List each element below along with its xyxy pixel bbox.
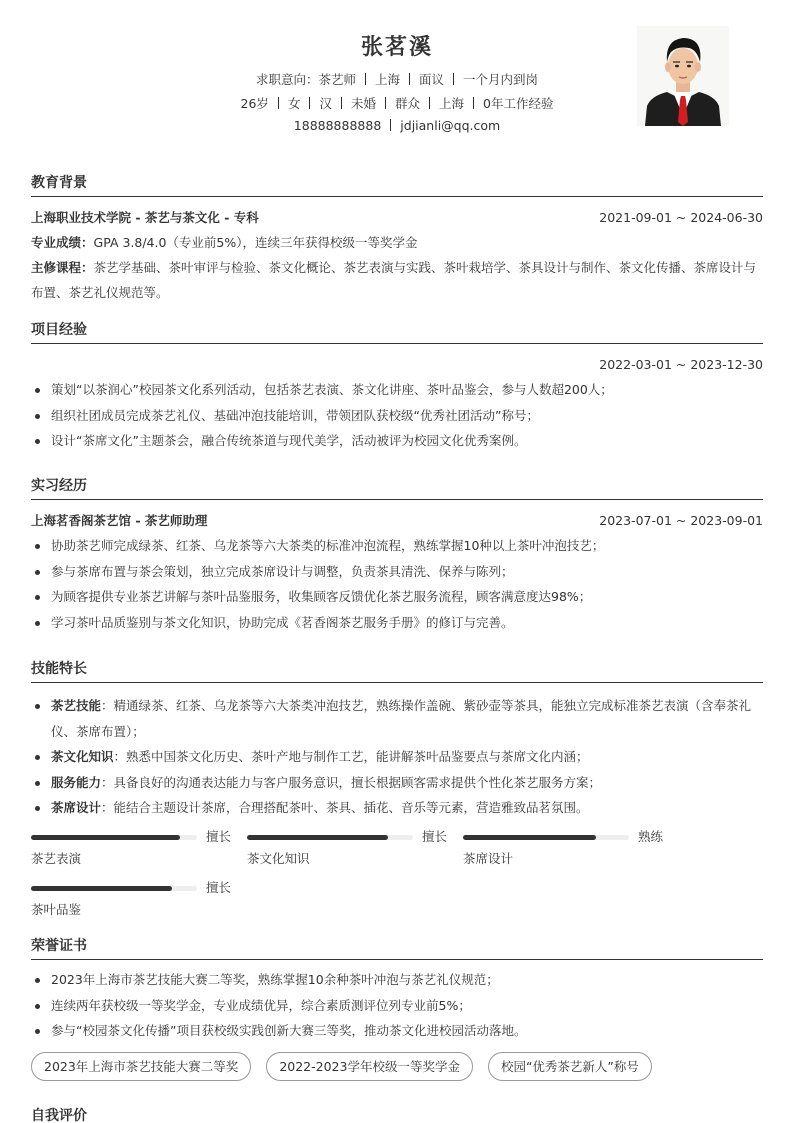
resume-header: 张茗溪 求职意向：茶艺师上海面议一个月内到岗 26岁女汉未婚群众上海0年工作经验… [31,0,763,150]
skill-bar-fill [31,886,172,891]
section-education: 教育背景 上海职业技术学院 - 茶艺与茶文化 - 专科 2021-09-01 ~… [31,173,763,305]
separator [473,97,474,109]
job-city: 上海 [375,72,400,87]
separator [365,73,366,85]
skill-level: 熟练 [638,827,663,845]
internship-entry-header: 上海茗香阁茶艺馆 - 茶艺师助理 2023-07-01 ~ 2023-09-01 [31,508,763,533]
section-divider [31,682,763,683]
separator [341,97,342,109]
skill-bar-item: 擅长 茶文化知识 [247,829,447,869]
skill-bar-track [31,886,197,891]
skill-bar-fill [463,835,596,840]
gpa-label: 专业成绩： [31,235,94,250]
honor-tag: 2023年上海市茶艺技能大赛二等奖 [31,1052,251,1081]
section-divider [31,499,763,500]
skill-bar-item: 熟练 茶席设计 [463,829,663,869]
list-item: 茶艺技能：精通绿茶、红茶、乌龙茶等六大茶类冲泡技艺，熟练操作盖碗、紫砂壶等茶具，… [31,693,763,744]
skill-name: 茶席设计 [463,849,513,867]
skill-name: 茶艺表演 [31,849,81,867]
project-bullets: 策划“以茶润心”校园茶文化系列活动，包括茶艺表演、茶文化讲座、茶叶品鉴会，参与人… [31,377,763,454]
courses-line: 主修课程：茶艺学基础、茶叶审评与检验、茶文化概论、茶艺表演与实践、茶叶栽培学、茶… [31,255,763,305]
section-divider [31,196,763,197]
resume-page: 张茗溪 求职意向：茶艺师上海面议一个月内到岗 26岁女汉未婚群众上海0年工作经验… [0,0,794,1123]
section-internship: 实习经历 上海茗香阁茶艺馆 - 茶艺师助理 2023-07-01 ~ 2023-… [31,476,763,635]
section-title: 实习经历 [31,476,763,498]
internship-bullets: 协助茶艺师完成绿茶、红茶、乌龙茶等六大茶类的标准冲泡流程，熟练掌握10种以上茶叶… [31,533,763,635]
honor-tag: 2022-2023学年校级一等奖学金 [266,1052,473,1081]
skill-text: ：熟悉中国茶文化历史、茶叶产地与制作工艺，能讲解茶叶品鉴要点与茶席文化内涵； [114,749,589,764]
skill-name: 茶文化知识 [247,849,310,867]
job-intention: 求职意向：茶艺师 [256,72,356,87]
separator [278,97,279,109]
list-item: 协助茶艺师完成绿茶、红茶、乌龙茶等六大茶类的标准冲泡流程，熟练掌握10种以上茶叶… [31,533,763,559]
skill-bar-fill [247,835,388,840]
list-item: 连续两年获校级一等奖学金，专业成绩优异，综合素质测评位列专业前5%； [31,993,763,1019]
skill-bar-track [247,835,413,840]
section-title: 自我评价 [31,1106,763,1123]
list-item: 组织社团成员完成茶艺礼仪、基础冲泡技能培训，带领团队获校级“优秀社团活动”称号； [31,403,763,429]
section-divider [31,343,763,344]
company-position: 上海茗香阁茶艺馆 - 茶艺师助理 [31,508,207,533]
email: jdjianli@qq.com [400,118,500,133]
section-title: 项目经验 [31,320,763,342]
skill-bar-fill [31,835,180,840]
separator [390,119,391,131]
separator [309,97,310,109]
list-item: 参与“校园茶文化传播”项目获校级实践创新大赛三等奖，推动茶文化进校园活动落地。 [31,1018,763,1044]
job-availability: 一个月内到岗 [463,72,538,87]
project-entry-header: 2022-03-01 ~ 2023-12-30 [31,352,763,377]
avatar [637,26,729,126]
list-item: 学习茶叶品质鉴别与茶文化知识，协助完成《茗香阁茶艺服务手册》的修订与完善。 [31,610,763,636]
separator [429,97,430,109]
honor-tags: 2023年上海市茶艺技能大赛二等奖 2022-2023学年校级一等奖学金 校园“… [31,1052,763,1081]
skill-text: ：精通绿茶、红茶、乌龙茶等六大茶类冲泡技艺，熟练操作盖碗、紫砂壶等茶具，能独立完… [51,698,751,739]
skill-level: 擅长 [422,827,447,845]
list-item: 2023年上海市茶艺技能大赛二等奖，熟练掌握10余种茶叶冲泡与茶艺礼仪规范； [31,967,763,993]
marital-status: 未婚 [351,96,376,111]
section-divider [31,959,763,960]
courses-text: 茶艺学基础、茶叶审评与检验、茶文化概论、茶艺表演与实践、茶叶栽培学、茶具设计与制… [31,260,756,300]
internship-date: 2023-07-01 ~ 2023-09-01 [599,508,763,533]
skill-label: 服务能力 [51,775,101,790]
list-item: 参与茶席布置与茶会策划，独立完成茶席设计与调整，负责茶具清洗、保养与陈列； [31,559,763,585]
skill-bar-track [463,835,629,840]
honor-tag: 校园“优秀茶艺新人”称号 [488,1052,652,1081]
avatar-portrait-icon [637,26,729,126]
phone: 18888888888 [294,118,381,133]
skill-bar-item: 擅长 茶叶品鉴 [31,880,231,920]
separator [409,73,410,85]
skill-text: ：具备良好的沟通表达能力与客户服务意识，擅长根据顾客需求提供个性化茶艺服务方案； [101,775,601,790]
separator [453,73,454,85]
section-title: 荣誉证书 [31,936,763,958]
work-experience: 0年工作经验 [483,96,553,111]
list-item: 茶文化知识：熟悉中国茶文化历史、茶叶产地与制作工艺，能讲解茶叶品鉴要点与茶席文化… [31,744,763,770]
separator [385,97,386,109]
education-date: 2021-09-01 ~ 2024-06-30 [599,205,763,230]
section-projects: 项目经验 2022-03-01 ~ 2023-12-30 策划“以茶润心”校园茶… [31,320,763,454]
skill-level: 擅长 [206,827,231,845]
skill-bar-track [31,835,197,840]
section-self-evaluation: 自我评价 [31,1106,763,1123]
gpa-text: GPA 3.8/4.0（专业前5%），连续三年获得校级一等奖学金 [94,235,418,250]
skill-text: ：能结合主题设计茶席，合理搭配茶叶、茶具、插花、音乐等元素，营造雅致品茗氛围。 [101,800,589,815]
school-major-degree: 上海职业技术学院 - 茶艺与茶文化 - 专科 [31,205,259,230]
list-item: 设计“茶席文化”主题茶会，融合传统茶道与现代美学，活动被评为校园文化优秀案例。 [31,428,763,454]
list-item: 为顾客提供专业茶艺讲解与茶叶品鉴服务，收集顾客反馈优化茶艺服务流程，顾客满意度达… [31,584,763,610]
ethnicity: 汉 [319,96,332,111]
list-item: 茶席设计：能结合主题设计茶席，合理搭配茶叶、茶具、插花、音乐等元素，营造雅致品茗… [31,795,763,821]
skill-label: 茶艺技能 [51,698,101,713]
honor-bullets: 2023年上海市茶艺技能大赛二等奖，熟练掌握10余种茶叶冲泡与茶艺礼仪规范； 连… [31,967,763,1044]
list-item: 服务能力：具备良好的沟通表达能力与客户服务意识，擅长根据顾客需求提供个性化茶艺服… [31,770,763,796]
section-title: 技能特长 [31,659,763,681]
political-status: 群众 [395,96,420,111]
skill-label: 茶文化知识 [51,749,114,764]
skill-level: 擅长 [206,878,231,896]
section-honors: 荣誉证书 2023年上海市茶艺技能大赛二等奖，熟练掌握10余种茶叶冲泡与茶艺礼仪… [31,936,763,1081]
skill-label: 茶席设计 [51,800,101,815]
skill-name: 茶叶品鉴 [31,900,81,918]
gender: 女 [288,96,301,111]
gpa-line: 专业成绩：GPA 3.8/4.0（专业前5%），连续三年获得校级一等奖学金 [31,230,763,255]
project-date: 2022-03-01 ~ 2023-12-30 [599,352,763,377]
age: 26岁 [241,96,269,111]
skill-bullets: 茶艺技能：精通绿茶、红茶、乌龙茶等六大茶类冲泡技艺，熟练操作盖碗、紫砂壶等茶具，… [31,693,763,821]
location: 上海 [439,96,464,111]
list-item: 策划“以茶润心”校园茶文化系列活动，包括茶艺表演、茶文化讲座、茶叶品鉴会，参与人… [31,377,763,403]
section-skills: 技能特长 茶艺技能：精通绿茶、红茶、乌龙茶等六大茶类冲泡技艺，熟练操作盖碗、紫砂… [31,659,763,821]
courses-label: 主修课程： [31,260,94,275]
education-entry-header: 上海职业技术学院 - 茶艺与茶文化 - 专科 2021-09-01 ~ 2024… [31,205,763,230]
section-title: 教育背景 [31,173,763,195]
skill-bar-item: 擅长 茶艺表演 [31,829,231,869]
job-salary: 面议 [419,72,444,87]
